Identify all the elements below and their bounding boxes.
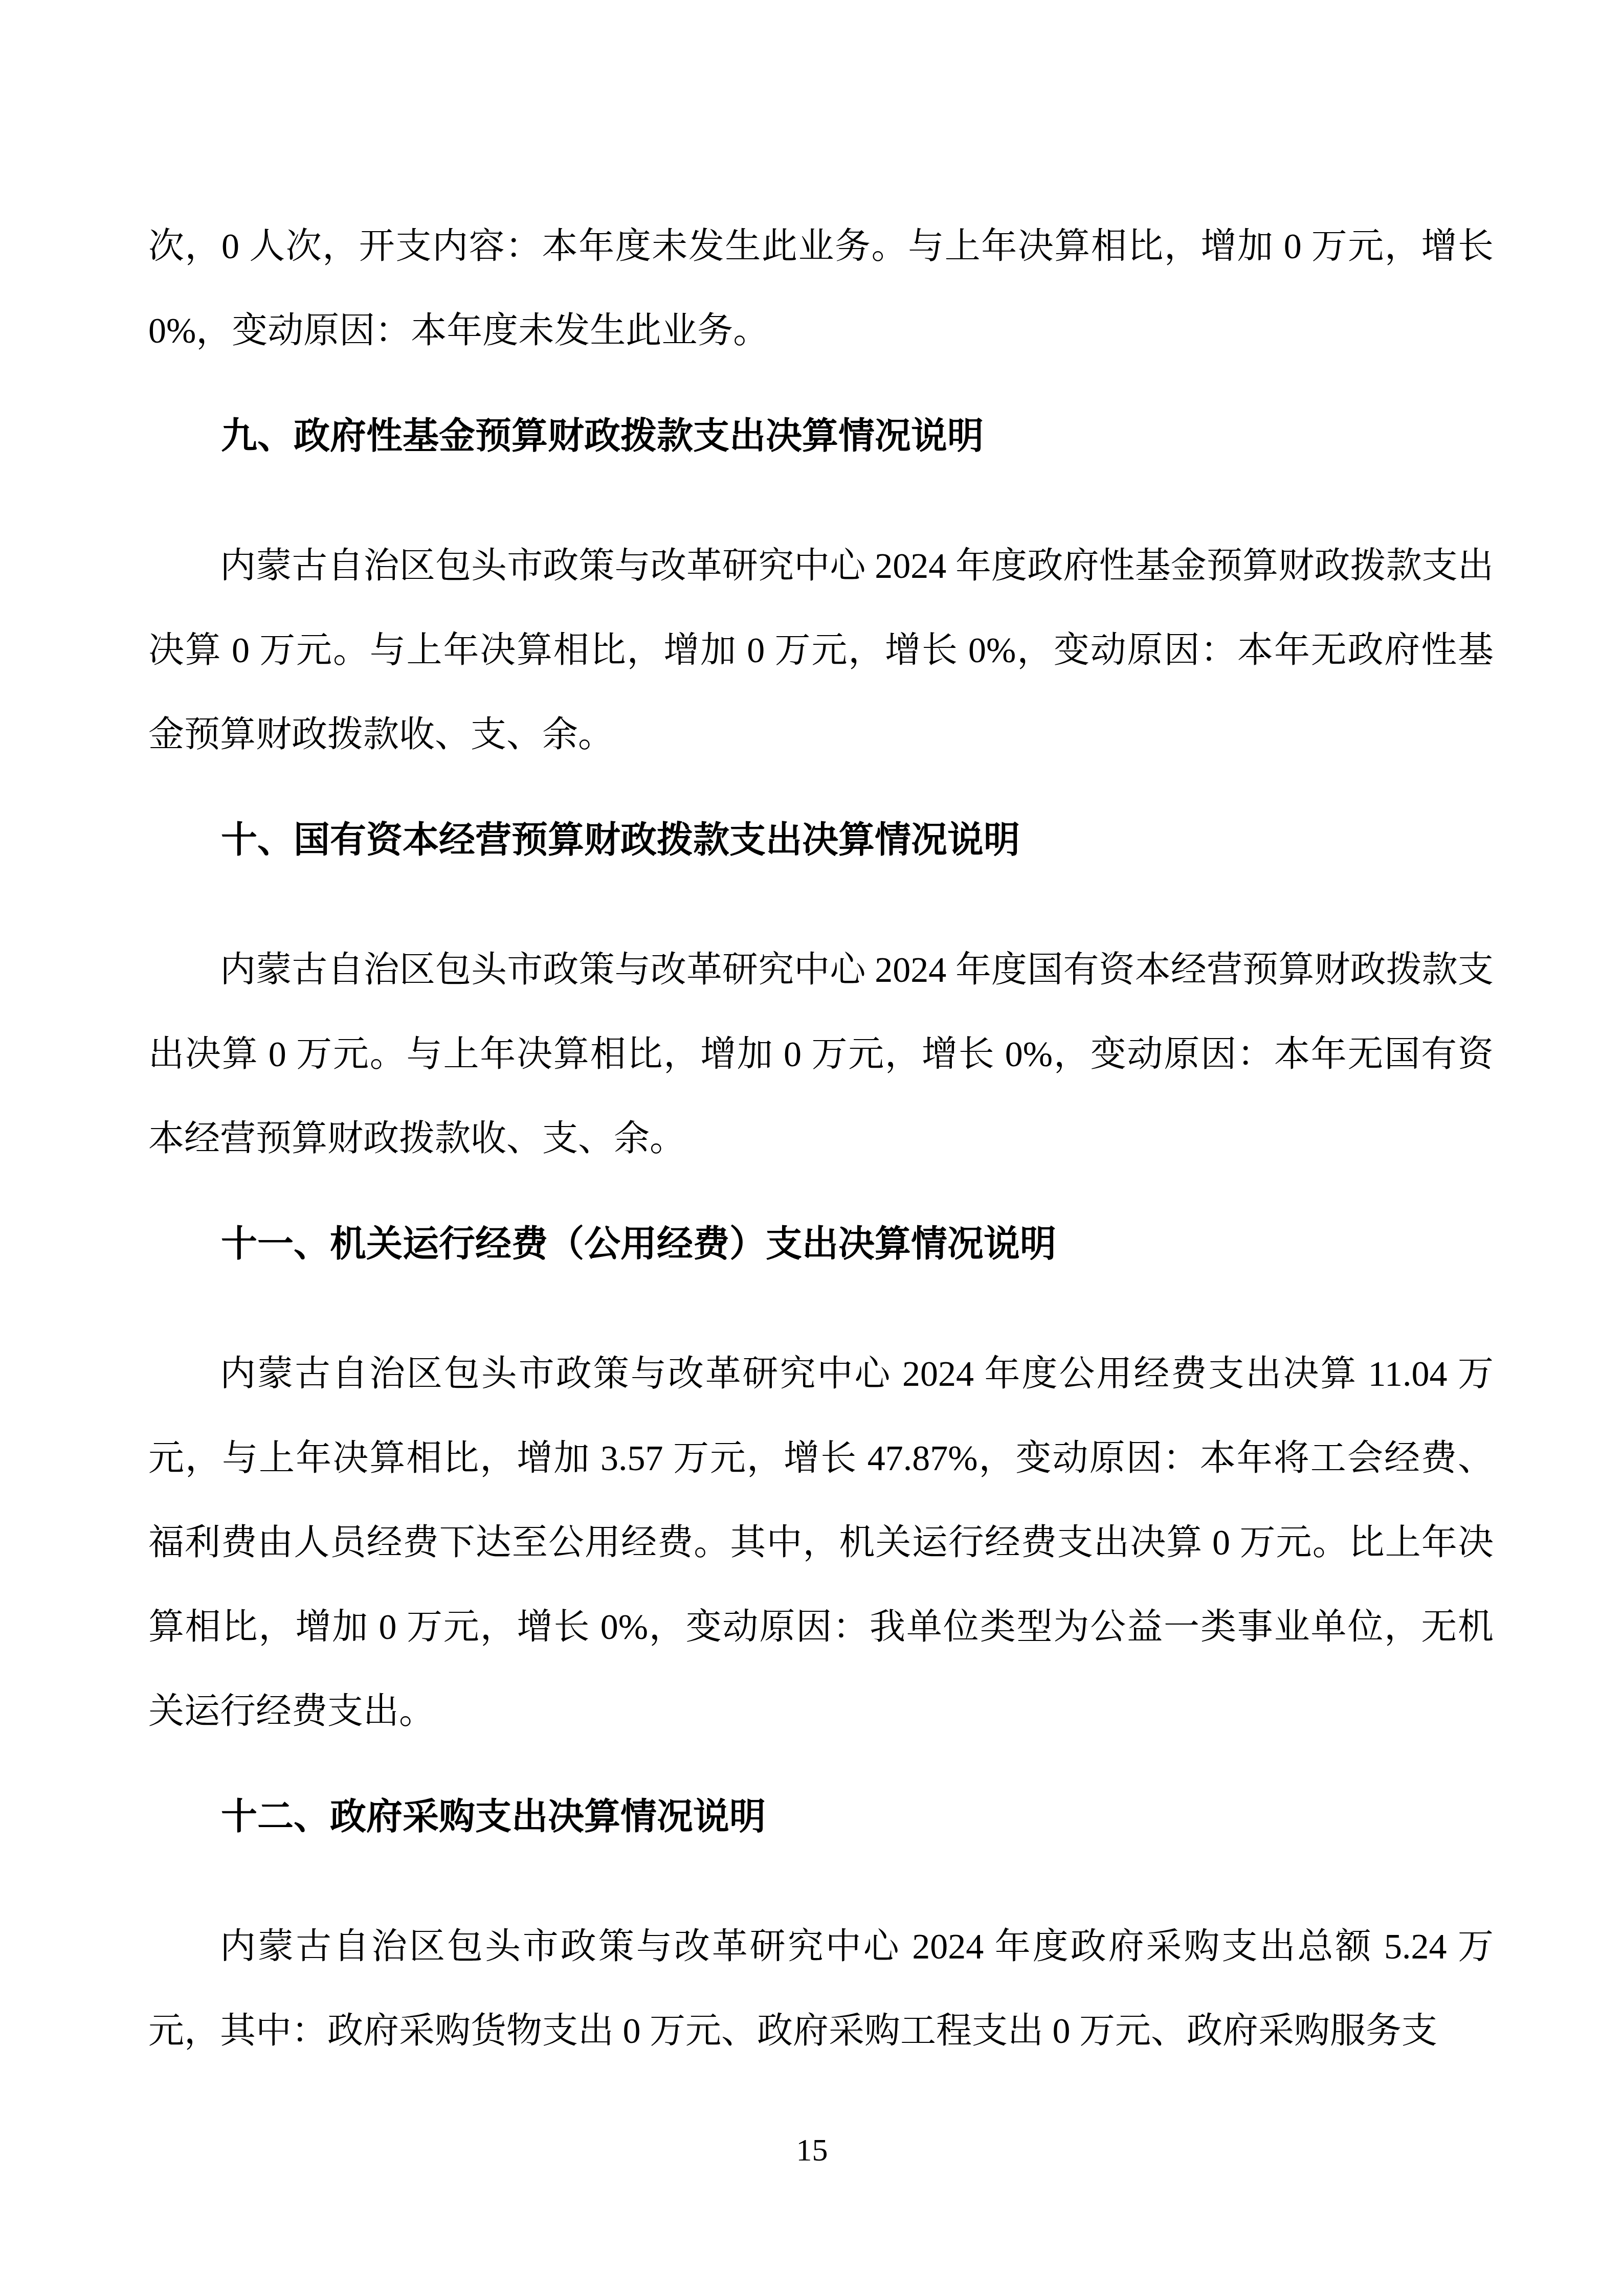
section-heading-12: 十二、政府采购支出决算情况说明 xyxy=(148,1774,1494,1859)
section-heading-9: 九、政府性基金预算财政拨款支出决算情况说明 xyxy=(148,394,1494,478)
section-heading-11: 十一、机关运行经费（公用经费）支出决算情况说明 xyxy=(148,1202,1494,1286)
section-paragraph-10: 内蒙古自治区包头市政策与改革研究中心 2024 年度国有资本经营预算财政拨款支出… xyxy=(148,928,1494,1181)
section-paragraph-9: 内蒙古自治区包头市政策与改革研究中心 2024 年度政府性基金预算财政拨款支出决… xyxy=(148,524,1494,777)
section-heading-10: 十、国有资本经营预算财政拨款支出决算情况说明 xyxy=(148,798,1494,882)
page-body: 次，0 人次，开支内容：本年度未发生此业务。与上年决算相比，增加 0 万元，增长… xyxy=(148,205,1494,2074)
document-page: 次，0 人次，开支内容：本年度未发生此业务。与上年决算相比，增加 0 万元，增长… xyxy=(0,0,1624,2296)
page-number: 15 xyxy=(0,2132,1624,2168)
section-paragraph-12: 内蒙古自治区包头市政策与改革研究中心 2024 年度政府采购支出总额 5.24 … xyxy=(148,1905,1494,2074)
section-paragraph-11: 内蒙古自治区包头市政策与改革研究中心 2024 年度公用经费支出决算 11.04… xyxy=(148,1332,1494,1754)
paragraph-continuation: 次，0 人次，开支内容：本年度未发生此业务。与上年决算相比，增加 0 万元，增长… xyxy=(148,205,1494,373)
